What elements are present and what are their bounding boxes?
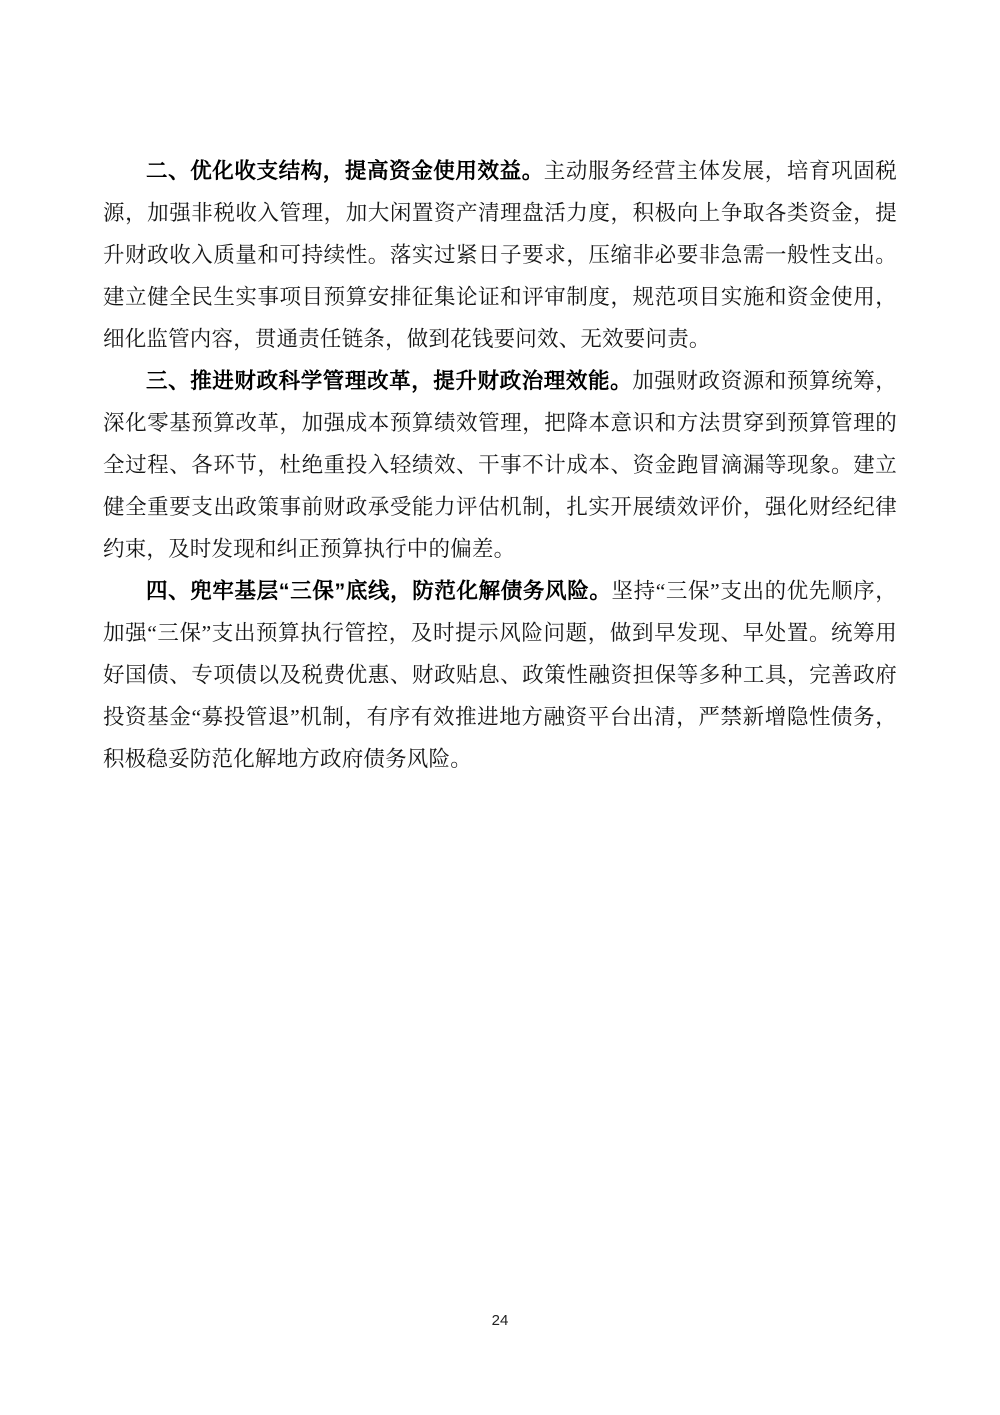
paragraph-section-2-text: 主动服务经营主体发展，培育巩固税源，加强非税收入管理，加大闲置资产清理盘活力度，… [103, 159, 897, 351]
paragraph-section-4-text: 坚持“三保”支出的优先顺序，加强“三保”支出预算执行管控，及时提示风险问题，做到… [103, 579, 897, 771]
paragraph-section-4: 四、兜牢基层“三保”底线，防范化解债务风险。坚持“三保”支出的优先顺序，加强“三… [103, 570, 897, 780]
page-number: 24 [492, 1312, 509, 1329]
paragraph-section-4-heading: 四、兜牢基层“三保”底线，防范化解债务风险。 [146, 579, 611, 603]
page-footer: 24 [0, 1312, 1000, 1330]
paragraph-section-3-heading: 三、推进财政科学管理改革，提升财政治理效能。 [146, 369, 632, 393]
paragraph-section-3-text: 加强财政资源和预算统筹，深化零基预算改革，加强成本预算绩效管理，把降本意识和方法… [103, 369, 897, 561]
paragraph-section-2-heading: 二、优化收支结构，提高资金使用效益。 [146, 159, 544, 183]
document-page: 二、优化收支结构，提高资金使用效益。主动服务经营主体发展，培育巩固税源，加强非税… [0, 0, 1000, 1415]
paragraph-section-2: 二、优化收支结构，提高资金使用效益。主动服务经营主体发展，培育巩固税源，加强非税… [103, 150, 897, 360]
document-body: 二、优化收支结构，提高资金使用效益。主动服务经营主体发展，培育巩固税源，加强非税… [103, 150, 897, 780]
paragraph-section-3: 三、推进财政科学管理改革，提升财政治理效能。加强财政资源和预算统筹，深化零基预算… [103, 360, 897, 570]
